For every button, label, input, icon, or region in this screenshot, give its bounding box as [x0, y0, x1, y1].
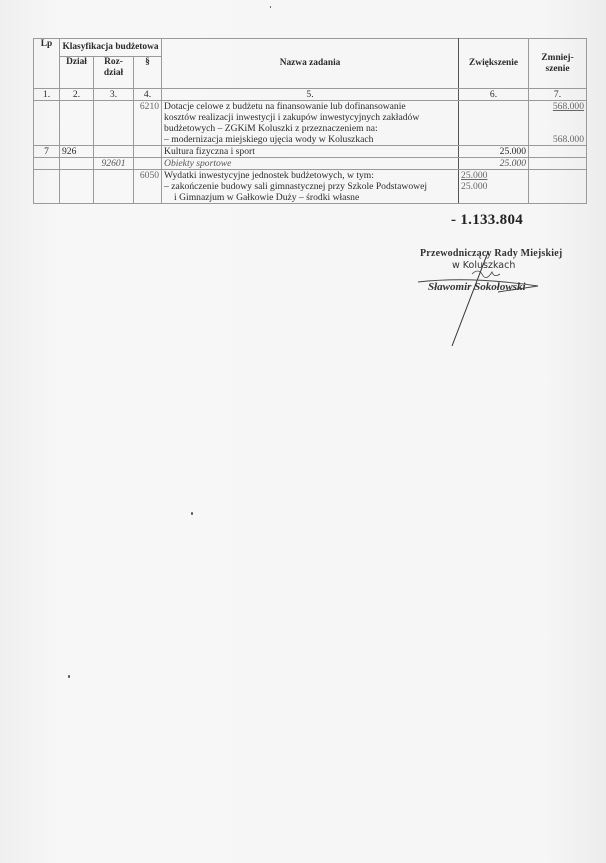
header-paragraf: §	[134, 57, 162, 89]
column-numbers-row: 1. 2. 3. 4. 5. 6. 7.	[34, 89, 587, 101]
nazwa-line: budżetowych – ZGKiM Koluszki z przeznacz…	[164, 123, 456, 134]
cell-dzial	[60, 170, 94, 204]
cell-nazwa: Dotacje celowe z budżetu na finansowanie…	[162, 101, 459, 146]
cell-nazwa: Obiekty sportowe	[162, 158, 459, 170]
header-klasyfikacja: Klasyfikacja budżetowa	[60, 39, 162, 57]
cell-zwiekszenie	[459, 101, 529, 146]
colnum-3: 3.	[94, 89, 134, 101]
signature-name: Sławomir Sokołowski	[428, 281, 580, 293]
cell-nazwa: Wydatki inwestycyjne jednostek budżetowy…	[162, 170, 459, 204]
nazwa-line: – zakończenie budowy sali gimnastycznej …	[164, 181, 456, 192]
cell-rozdzial	[94, 146, 134, 158]
header-zwiekszenie: Zwiększenie	[459, 39, 529, 89]
cell-zmniejszenie: 568.000 568.000	[529, 101, 587, 146]
cell-dzial: 926	[60, 146, 94, 158]
signature-title: Przewodniczący Rady Miejskiej	[420, 248, 580, 259]
colnum-6: 6.	[459, 89, 529, 101]
table-row: 7 926 Kultura fizyczna i sport 25.000	[34, 146, 587, 158]
colnum-1: 1.	[34, 89, 60, 101]
cell-paragraf: 6050	[134, 170, 162, 204]
scanned-page: Lp Klasyfikacja budżetowa Nazwa zadania …	[0, 0, 606, 863]
colnum-2: 2.	[60, 89, 94, 101]
cell-paragraf	[134, 146, 162, 158]
nazwa-line: i Gimnazjum w Gałkowie Duży – środki wła…	[164, 192, 456, 203]
signature-location: w Koluszkach	[452, 260, 580, 271]
colnum-7: 7.	[529, 89, 587, 101]
cell-lp: 7	[34, 146, 60, 158]
cell-lp	[34, 170, 60, 204]
header-zmniejszenie: Zmniej-szenie	[529, 39, 587, 89]
scan-speck	[68, 675, 70, 678]
cell-dzial	[60, 158, 94, 170]
scan-speck	[191, 512, 193, 515]
table-row: 92601 Obiekty sportowe 25.000	[34, 158, 587, 170]
zwiekszenie-total: 25.000	[461, 170, 526, 181]
scan-speck	[270, 6, 271, 8]
cell-zmniejszenie	[529, 170, 587, 204]
cell-paragraf: 6210	[134, 101, 162, 146]
colnum-4: 4.	[134, 89, 162, 101]
table-row: 6050 Wydatki inwestycyjne jednostek budż…	[34, 170, 587, 204]
cell-paragraf	[134, 158, 162, 170]
cell-zwiekszenie: 25.000 25.000	[459, 170, 529, 204]
nazwa-line: kosztów realizacji inwestycji i zakupów …	[164, 112, 456, 123]
signature-block: Przewodniczący Rady Miejskiej w Koluszka…	[420, 248, 580, 293]
cell-zwiekszenie: 25.000	[459, 146, 529, 158]
grand-total: - 1.133.804	[451, 212, 523, 229]
header-rozdzial: Roz-dział	[94, 57, 134, 89]
cell-rozdzial	[94, 101, 134, 146]
zwiekszenie-item: 25.000	[461, 181, 526, 192]
colnum-5: 5.	[162, 89, 459, 101]
zmniejszenie-total: 568.000	[531, 101, 584, 112]
table-row: 6210 Dotacje celowe z budżetu na finanso…	[34, 101, 587, 146]
cell-zwiekszenie: 25.000	[459, 158, 529, 170]
header-row: Lp Klasyfikacja budżetowa Nazwa zadania …	[34, 39, 587, 57]
header-nazwa: Nazwa zadania	[162, 39, 459, 89]
header-dzial: Dział	[60, 57, 94, 89]
cell-rozdzial	[94, 170, 134, 204]
header-lp: Lp	[34, 39, 60, 89]
cell-zmniejszenie	[529, 146, 587, 158]
nazwa-line: Wydatki inwestycyjne jednostek budżetowy…	[164, 170, 456, 181]
zmniejszenie-item: 568.000	[531, 134, 584, 145]
cell-nazwa: Kultura fizyczna i sport	[162, 146, 459, 158]
cell-rozdzial: 92601	[94, 158, 134, 170]
cell-lp	[34, 101, 60, 146]
cell-zmniejszenie	[529, 158, 587, 170]
cell-dzial	[60, 101, 94, 146]
nazwa-line: – modernizacja miejskiego ujęcia wody w …	[164, 134, 456, 145]
nazwa-line: Dotacje celowe z budżetu na finansowanie…	[164, 101, 456, 112]
budget-table: Lp Klasyfikacja budżetowa Nazwa zadania …	[33, 38, 587, 204]
cell-lp	[34, 158, 60, 170]
